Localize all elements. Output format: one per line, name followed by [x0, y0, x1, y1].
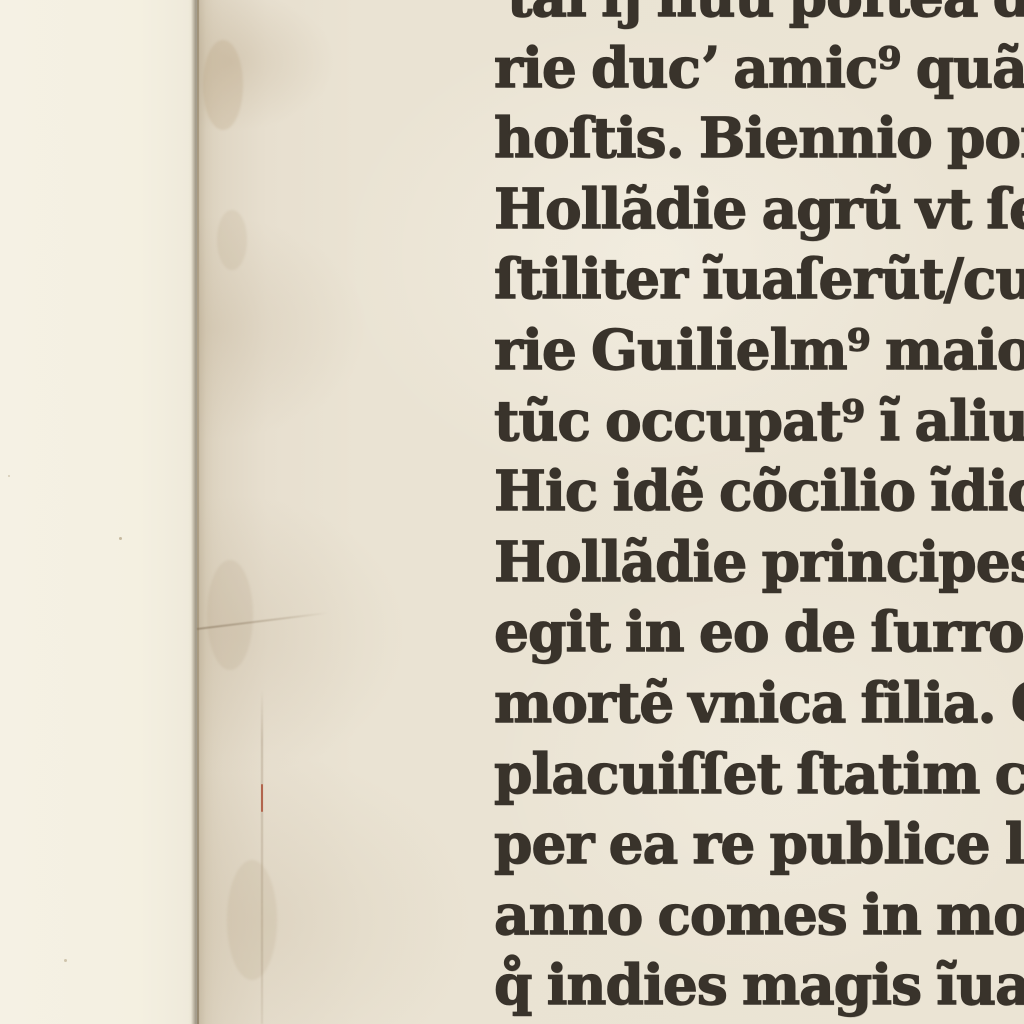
text-line-5: ſtiliter ĩuaſerũt/cui⁹ vltion: [494, 244, 1024, 315]
text-line-10: egit in eo de ſurrogãda ſibi: [494, 597, 1024, 668]
text-line-4: Hollãdie agrũ vt ſepe alias h: [494, 174, 1024, 245]
text-line-1: taľ ĳ nuu poſtea demãdi C: [507, 0, 1024, 33]
text-line-3: hoſtis. Biennio poſt Phriſo: [494, 103, 1024, 174]
parchment-stain: [217, 210, 247, 270]
leaf-deckle-edge: [197, 0, 223, 1024]
parchment-stain: [207, 560, 253, 670]
text-line-2: rie ducʼ amic⁹ quãt⁹ ãrea fu: [494, 33, 1024, 104]
red-fiber: [261, 784, 263, 812]
text-line-15: q̊ indies magis ĩualeſcẽte e: [494, 950, 1024, 1021]
mat-speck: [64, 959, 67, 962]
parchment-leaf: taľ ĳ nuu poſtea demãdi Crie ducʼ amic⁹ …: [197, 0, 1024, 1024]
parchment-stain: [227, 860, 277, 980]
text-line-11: mortẽ vnica filia. Quod cũ: [494, 668, 1024, 739]
mat-speck: [8, 475, 10, 477]
vertical-crease: [261, 690, 263, 1024]
text-line-13: per ea re publice littere. Eo: [494, 809, 1024, 880]
text-line-9: Hollãdie principes ſunt p: [494, 527, 1024, 598]
text-line-12: placuiſſet ſtatim cõfecte ſun: [494, 739, 1024, 810]
photograph-of-incunable-leaf: taľ ĳ nuu poſtea demãdi Crie ducʼ amic⁹ …: [0, 0, 1024, 1024]
parchment-stain: [203, 40, 243, 130]
text-line-7: tũc occupat⁹ ĩ aliud tp̄s dil: [494, 386, 1024, 457]
text-line-6: rie Guilielm⁹ maioribus c: [494, 315, 1024, 386]
mat-board: [0, 0, 196, 1024]
mat-speck: [119, 537, 122, 540]
text-line-8: Hic idẽ cõcilio ĩdicto ad qd̊ n: [494, 456, 1024, 527]
printed-blackletter-text-block: taľ ĳ nuu poſtea demãdi Crie ducʼ amic⁹ …: [494, 0, 1024, 1021]
text-line-14: anno comes in morbum in: [494, 880, 1024, 951]
